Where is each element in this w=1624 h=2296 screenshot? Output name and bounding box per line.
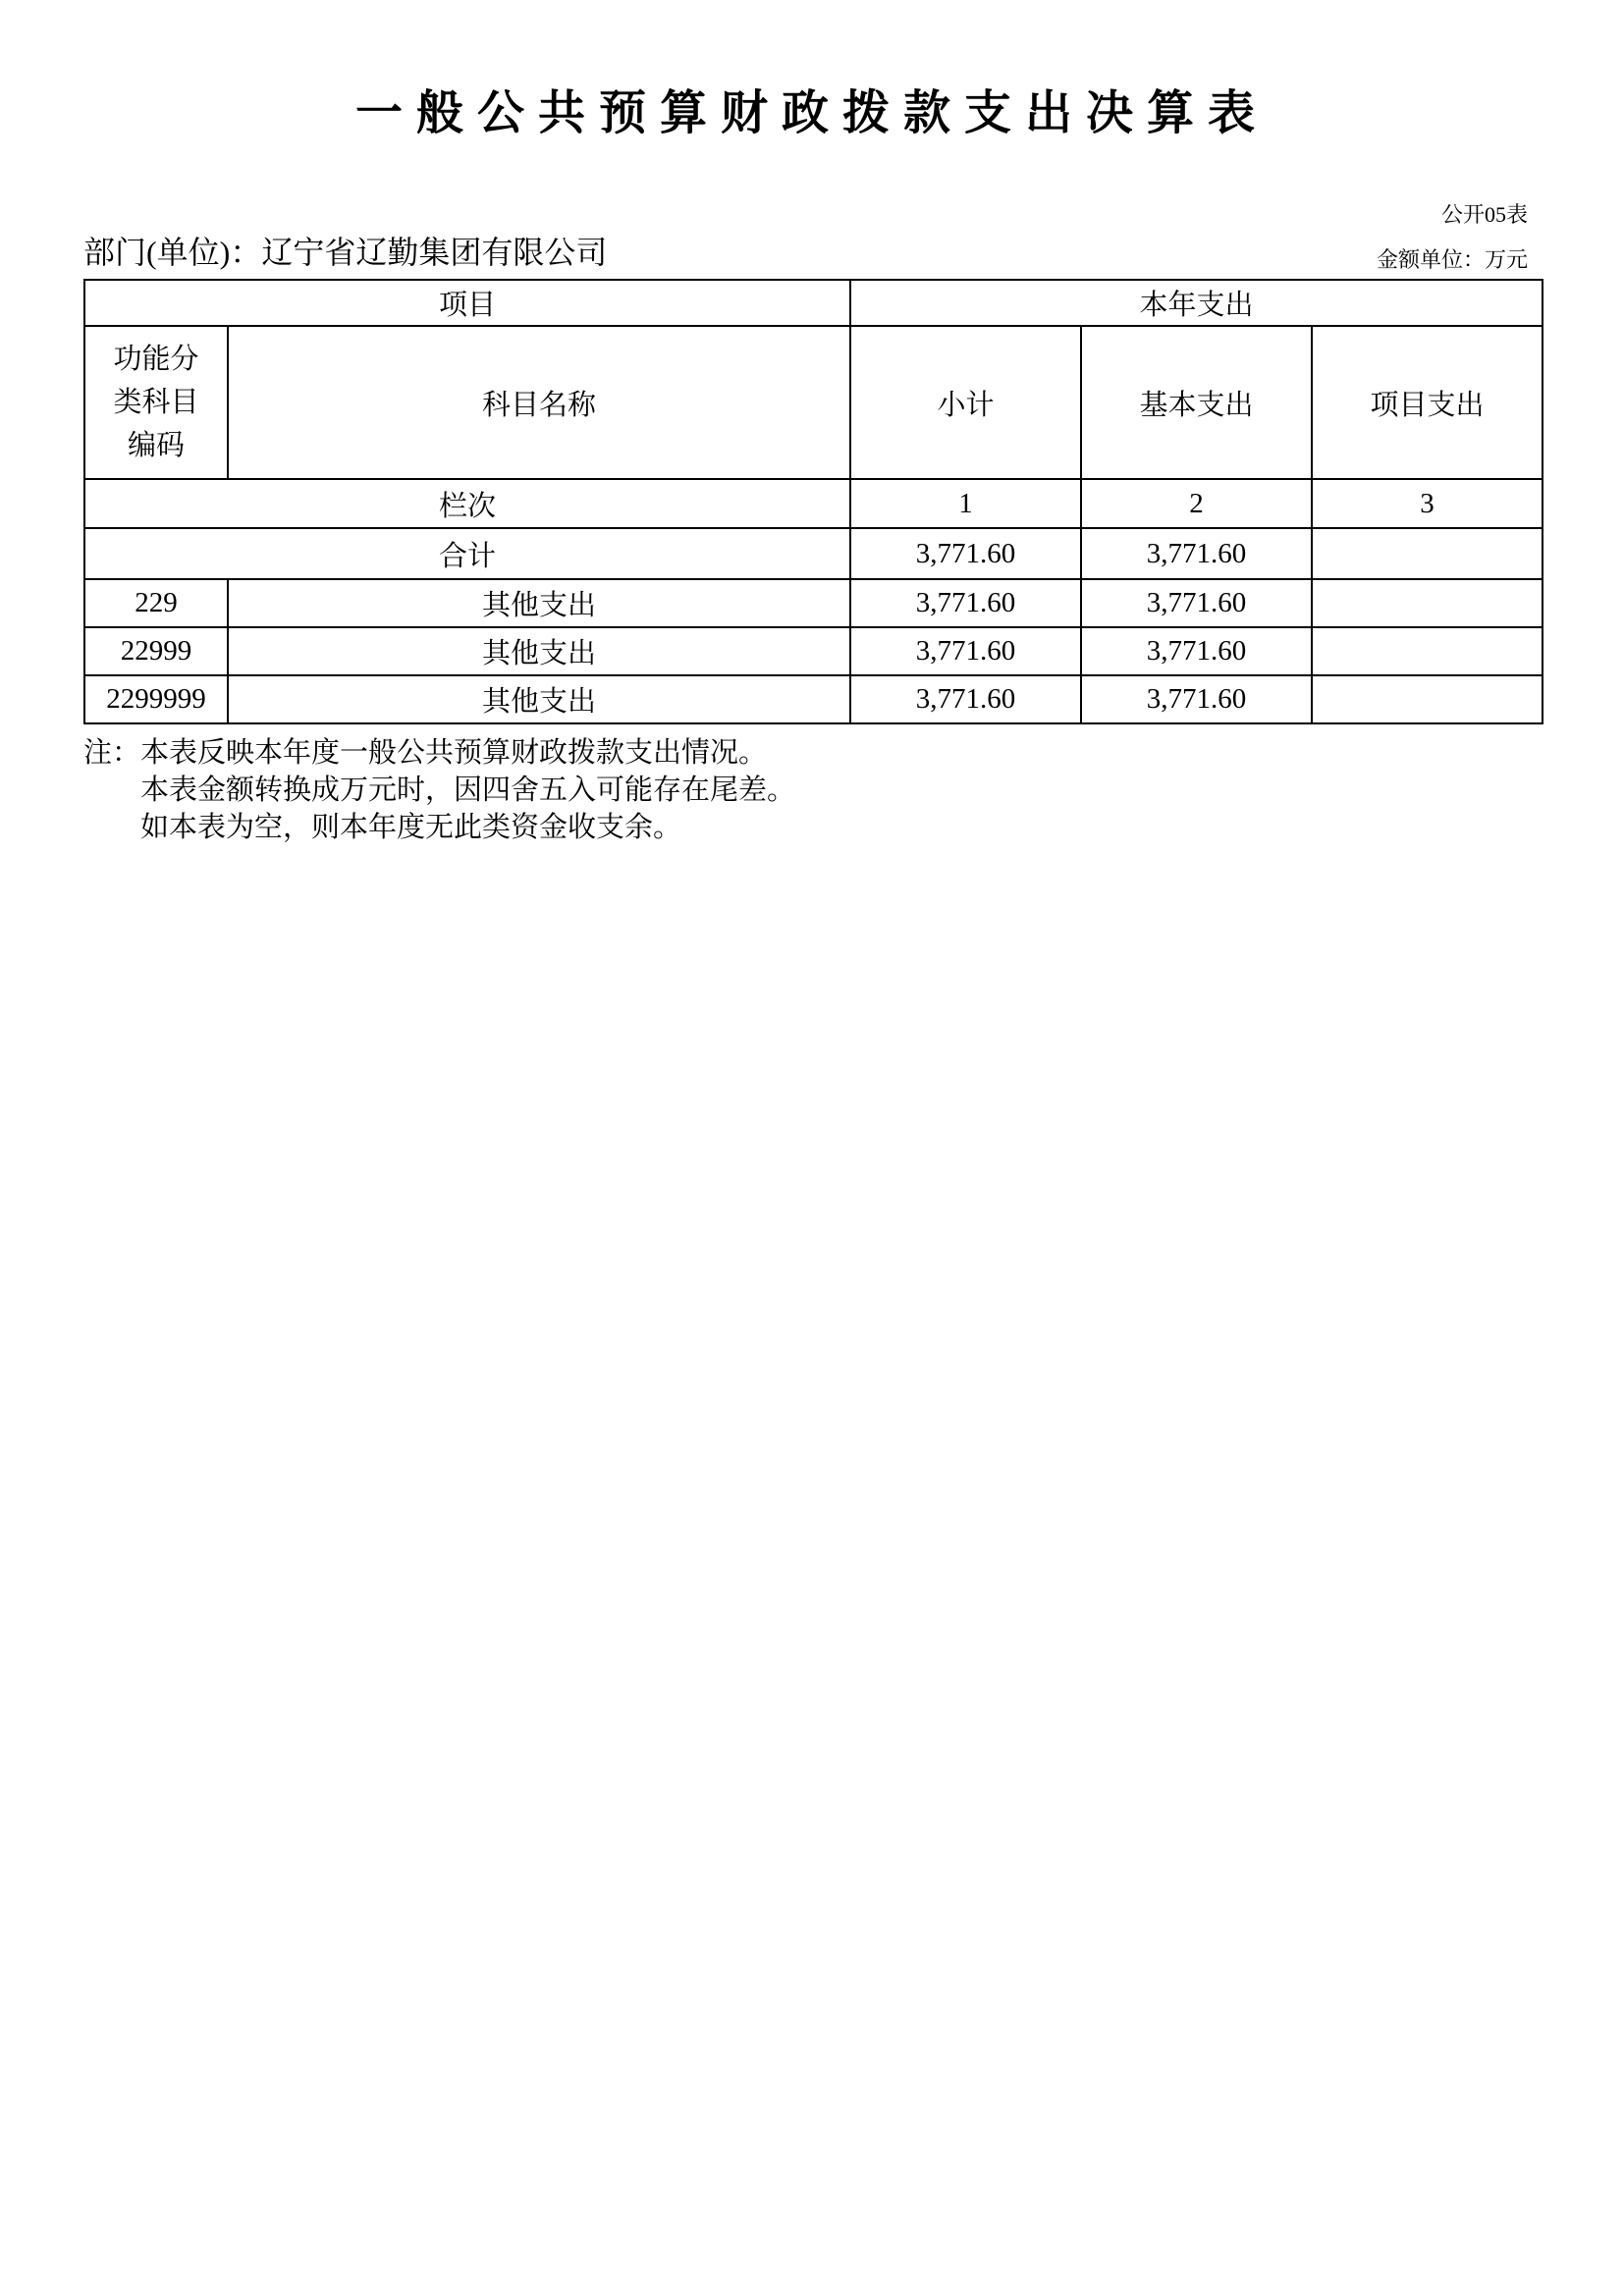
row-subtotal-value: 3,771.60 (850, 627, 1081, 675)
row-project-value (1312, 627, 1543, 675)
header-project-group: 项目 (84, 280, 850, 326)
footnote-prefix: 注： (83, 734, 140, 772)
table-row: 229 其他支出 3,771.60 3,771.60 (84, 579, 1543, 627)
index-col-1: 1 (850, 479, 1081, 528)
row-basic-value: 3,771.60 (1081, 627, 1312, 675)
header-subject-name: 科目名称 (228, 326, 850, 479)
header-function-code: 功能分 类科目 编码 (84, 326, 228, 479)
row-subject-name: 其他支出 (228, 579, 850, 627)
row-subject-name: 其他支出 (228, 627, 850, 675)
row-project-value (1312, 675, 1543, 723)
table-group-header-row: 项目 本年支出 (84, 280, 1543, 326)
index-row-label: 栏次 (84, 479, 850, 528)
table-column-index-row: 栏次 1 2 3 (84, 479, 1543, 528)
header-year-expenditure-group: 本年支出 (850, 280, 1543, 326)
table-row: 22999 其他支出 3,771.60 3,771.60 (84, 627, 1543, 675)
total-row-label: 合计 (84, 528, 850, 579)
index-col-2: 2 (1081, 479, 1312, 528)
header-project-expenditure: 项目支出 (1312, 326, 1543, 479)
table-column-header-row: 功能分 类科目 编码 科目名称 小计 基本支出 项目支出 (84, 326, 1543, 479)
total-basic-value: 3,771.60 (1081, 528, 1312, 579)
table-row: 2299999 其他支出 3,771.60 3,771.60 (84, 675, 1543, 723)
expenditure-table: 项目 本年支出 功能分 类科目 编码 科目名称 小计 基本支出 项目支出 栏次 … (83, 279, 1543, 724)
table-total-row: 合计 3,771.60 3,771.60 (84, 528, 1543, 579)
header-subtotal: 小计 (850, 326, 1081, 479)
header-basic-expenditure: 基本支出 (1081, 326, 1312, 479)
footnote-lines: 本表反映本年度一般公共预算财政拨款支出情况。 本表金额转换成万元时，因四舍五入可… (140, 734, 795, 846)
row-subject-name: 其他支出 (228, 675, 850, 723)
row-code: 229 (84, 579, 228, 627)
amount-unit-label: 金额单位：万元 (1377, 247, 1528, 273)
row-basic-value: 3,771.60 (1081, 579, 1312, 627)
row-code: 2299999 (84, 675, 228, 723)
footnotes: 注： 本表反映本年度一般公共预算财政拨款支出情况。 本表金额转换成万元时，因四舍… (83, 734, 795, 846)
total-subtotal-value: 3,771.60 (850, 528, 1081, 579)
index-col-3: 3 (1312, 479, 1543, 528)
department-unit-label: 部门(单位)：辽宁省辽勤集团有限公司 (83, 234, 607, 271)
row-subtotal-value: 3,771.60 (850, 579, 1081, 627)
row-basic-value: 3,771.60 (1081, 675, 1312, 723)
footnote-line: 本表金额转换成万元时，因四舍五入可能存在尾差。 (140, 772, 795, 809)
public-form-number-label: 公开05表 (1441, 202, 1528, 228)
document-page: 一般公共预算财政拨款支出决算表 公开05表 部门(单位)：辽宁省辽勤集团有限公司… (0, 0, 1624, 2296)
row-subtotal-value: 3,771.60 (850, 675, 1081, 723)
row-code: 22999 (84, 627, 228, 675)
row-project-value (1312, 579, 1543, 627)
footnote-line: 本表反映本年度一般公共预算财政拨款支出情况。 (140, 734, 795, 772)
total-project-value (1312, 528, 1543, 579)
page-title: 一般公共预算财政拨款支出决算表 (0, 84, 1624, 143)
footnote-line: 如本表为空，则本年度无此类资金收支余。 (140, 809, 795, 846)
